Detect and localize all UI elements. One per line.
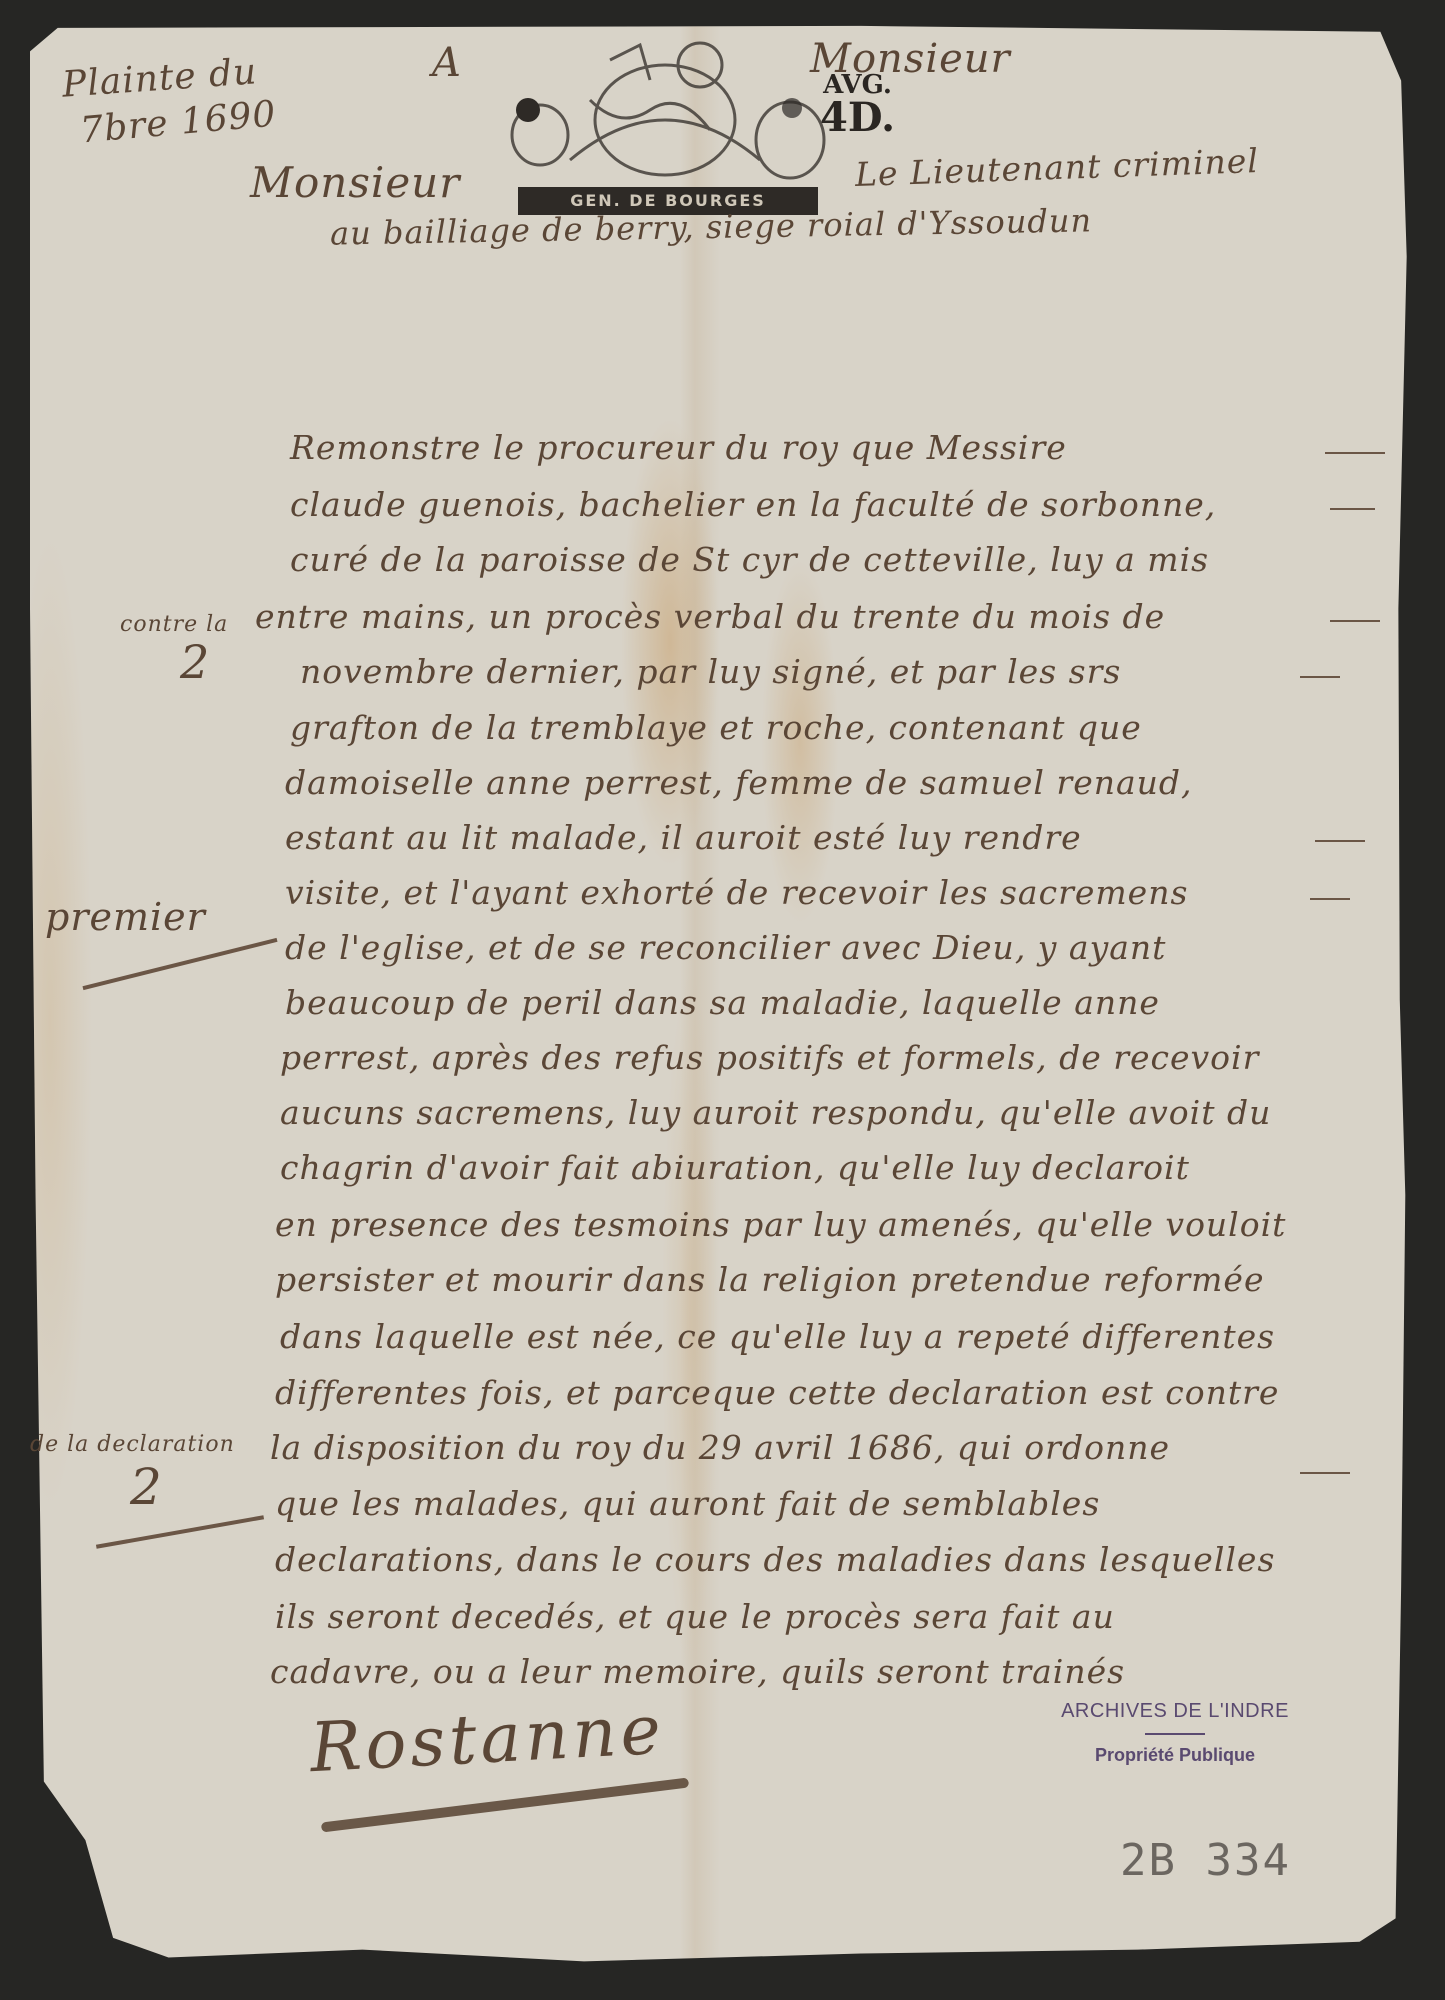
body-line: cadavre, ou a leur memoire, quils seront… (270, 1652, 1125, 1691)
body-line: que les malades, qui auront fait de semb… (275, 1484, 1100, 1523)
body-line: grafton de la tremblaye et roche, conten… (290, 708, 1142, 747)
body-line: la disposition du roy du 29 avril 1686, … (270, 1428, 1170, 1467)
stamp-fee-line2: 4D. (820, 98, 895, 138)
tax-stamp: GEN. DE BOURGES (500, 40, 840, 215)
margin-note: premier (45, 895, 206, 939)
archive-stamp-name: ARCHIVES DE L'INDRE (1055, 1700, 1295, 1723)
call-number: 2B 334 (1120, 1835, 1291, 1886)
body-line: dans laquelle est née, ce qu'elle luy a … (280, 1317, 1275, 1356)
line-fill-dash (1300, 1472, 1350, 1474)
body-line: de l'eglise, et de se reconcilier avec D… (285, 928, 1166, 967)
body-line: ils seront decedés, et que le procès ser… (275, 1597, 1115, 1636)
body-line: persister et mourir dans la religion pre… (275, 1260, 1264, 1299)
body-line: curé de la paroisse de St cyr de cettevi… (290, 540, 1209, 579)
body-line: visite, et l'ayant exhorté de recevoir l… (285, 873, 1188, 912)
body-line: differentes fois, et parceque cette decl… (275, 1373, 1279, 1412)
line-fill-dash (1310, 898, 1350, 900)
margin-note: 2 (130, 1458, 163, 1516)
body-line: beaucoup de peril dans sa maladie, laque… (285, 983, 1160, 1022)
line-fill-dash (1330, 620, 1380, 622)
margin-note: 2 (180, 635, 210, 689)
body-line: damoiselle anne perrest, femme de samuel… (285, 763, 1193, 802)
address-line1-left: Monsieur (250, 158, 460, 207)
stamp-fee: AVG. 4D. (820, 72, 895, 138)
body-line: en presence des tesmoins par luy amenés,… (275, 1205, 1286, 1244)
body-line: estant au lit malade, il auroit esté luy… (285, 818, 1082, 857)
stamp-emblem-icon (500, 40, 840, 190)
body-line: aucuns sacremens, luy auroit respondu, q… (280, 1093, 1271, 1132)
line-fill-dash (1330, 508, 1375, 510)
body-line: perrest, après des refus positifs et for… (280, 1038, 1259, 1077)
line-fill-dash (1315, 840, 1365, 842)
archive-stamp-rule (1145, 1733, 1205, 1735)
line-fill-dash (1300, 676, 1340, 678)
archive-ownership-stamp: ARCHIVES DE L'INDRE Propriété Publique (1055, 1700, 1295, 1766)
archive-stamp-property: Propriété Publique (1055, 1745, 1295, 1766)
line-fill-dash (1325, 452, 1385, 454)
body-line: entre mains, un procès verbal du trente … (255, 597, 1165, 636)
margin-note: contre la (120, 612, 228, 637)
salutation-prefix: A (432, 40, 462, 86)
body-line: claude guenois, bachelier en la faculté … (290, 485, 1216, 524)
margin-note: de la declaration (30, 1432, 235, 1457)
body-line: declarations, dans le cours des maladies… (275, 1540, 1275, 1579)
body-line: novembre dernier, par luy signé, et par … (300, 652, 1121, 691)
body-line: chagrin d'avoir fait abiuration, qu'elle… (280, 1148, 1190, 1187)
body-line: Remonstre le procureur du roy que Messir… (290, 428, 1067, 467)
